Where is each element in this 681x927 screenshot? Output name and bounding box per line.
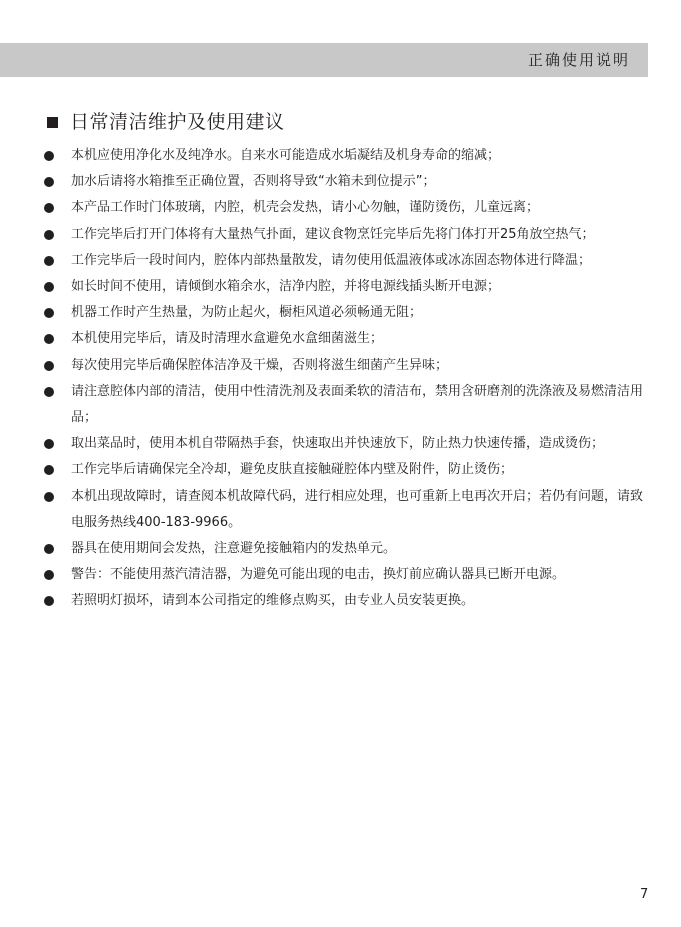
list-item-text: 工作完毕后请确保完全冷却，避免皮肤直接触碰腔体内壁及附件，防止烫伤；	[71, 457, 654, 483]
list-item-text: 本产品工作时门体玻璃，内腔，机壳会发热，请小心勿触，谨防烫伤，儿童远离；	[71, 195, 654, 221]
bullet-icon	[44, 439, 54, 449]
bullet-icon	[44, 334, 54, 344]
page-number: 7	[640, 887, 648, 902]
square-bullet-icon	[47, 117, 58, 128]
list-item-text: 加水后请将水箱推至正确位置，否则将导致“水箱未到位提示”；	[71, 169, 654, 195]
list-item: 每次使用完毕后确保腔体洁净及干燥，否则将滋生细菌产生异味；	[44, 353, 654, 379]
list-item: 本机应使用净化水及纯净水。自来水可能造成水垢凝结及机身寿命的缩减；	[44, 143, 654, 169]
list-item: 请注意腔体内部的清洁，使用中性清洗剂及表面柔软的清洁布，禁用含研磨剂的洗涤液及易…	[44, 379, 654, 431]
section-heading: 日常清洁维护及使用建议	[47, 109, 285, 135]
list-item-text: 若照明灯损坏，请到本公司指定的维修点购买，由专业人员安装更换。	[71, 588, 654, 614]
list-item: 器具在使用期间会发热，注意避免接触箱内的发热单元。	[44, 536, 654, 562]
list-item: 如长时间不使用，请倾倒水箱余水，洁净内腔，并将电源线插头断开电源；	[44, 274, 654, 300]
list-item: 本机使用完毕后，请及时清理水盒避免水盒细菌滋生；	[44, 326, 654, 352]
list-item: 警告：不能使用蒸汽清洁器，为避免可能出现的电击，换灯前应确认器具已断开电源。	[44, 562, 654, 588]
list-item-text: 每次使用完毕后确保腔体洁净及干燥，否则将滋生细菌产生异味；	[71, 353, 654, 379]
list-item: 加水后请将水箱推至正确位置，否则将导致“水箱未到位提示”；	[44, 169, 654, 195]
list-item: 本机出现故障时，请查阅本机故障代码，进行相应处理，也可重新上电再次开启；若仍有问…	[44, 484, 654, 536]
list-item: 本产品工作时门体玻璃，内腔，机壳会发热，请小心勿触，谨防烫伤，儿童远离；	[44, 195, 654, 221]
list-item-text: 本机使用完毕后，请及时清理水盒避免水盒细菌滋生；	[71, 326, 654, 352]
list-item-text: 本机应使用净化水及纯净水。自来水可能造成水垢凝结及机身寿命的缩减；	[71, 143, 654, 169]
bullet-icon	[44, 151, 54, 161]
maintenance-tips-list: 本机应使用净化水及纯净水。自来水可能造成水垢凝结及机身寿命的缩减； 加水后请将水…	[44, 143, 654, 615]
bullet-icon	[44, 544, 54, 554]
bullet-icon	[44, 203, 54, 213]
section-heading-text: 日常清洁维护及使用建议	[70, 109, 285, 135]
bullet-icon	[44, 570, 54, 580]
list-item-text: 机器工作时产生热量，为防止起火，橱柜风道必须畅通无阻；	[71, 300, 654, 326]
list-item: 机器工作时产生热量，为防止起火，橱柜风道必须畅通无阻；	[44, 300, 654, 326]
bullet-icon	[44, 256, 54, 266]
list-item: 取出菜品时，使用本机自带隔热手套，快速取出并快速放下，防止热力快速传播，造成烫伤…	[44, 431, 654, 457]
bullet-icon	[44, 465, 54, 475]
list-item-text: 本机出现故障时，请查阅本机故障代码，进行相应处理，也可重新上电再次开启；若仍有问…	[71, 484, 654, 536]
bullet-icon	[44, 177, 54, 187]
list-item-text: 器具在使用期间会发热，注意避免接触箱内的发热单元。	[71, 536, 654, 562]
bullet-icon	[44, 387, 54, 397]
bullet-icon	[44, 361, 54, 371]
list-item-text: 警告：不能使用蒸汽清洁器，为避免可能出现的电击，换灯前应确认器具已断开电源。	[71, 562, 654, 588]
header-title: 正确使用说明	[528, 50, 630, 70]
list-item-text: 工作完毕后一段时间内，腔体内部热量散发，请勿使用低温液体或冰冻固态物体进行降温；	[71, 248, 654, 274]
bullet-icon	[44, 492, 54, 502]
bullet-icon	[44, 596, 54, 606]
list-item-text: 如长时间不使用，请倾倒水箱余水，洁净内腔，并将电源线插头断开电源；	[71, 274, 654, 300]
list-item-text: 取出菜品时，使用本机自带隔热手套，快速取出并快速放下，防止热力快速传播，造成烫伤…	[71, 431, 654, 457]
list-item: 工作完毕后打开门体将有大量热气扑面，建议食物烹饪完毕后先将门体打开25角放空热气…	[44, 222, 654, 248]
list-item: 工作完毕后请确保完全冷却，避免皮肤直接触碰腔体内壁及附件，防止烫伤；	[44, 457, 654, 483]
list-item: 工作完毕后一段时间内，腔体内部热量散发，请勿使用低温液体或冰冻固态物体进行降温；	[44, 248, 654, 274]
header-bar: 正确使用说明	[0, 43, 648, 77]
list-item: 若照明灯损坏，请到本公司指定的维修点购买，由专业人员安装更换。	[44, 588, 654, 614]
list-item-text: 请注意腔体内部的清洁，使用中性清洗剂及表面柔软的清洁布，禁用含研磨剂的洗涤液及易…	[71, 379, 654, 431]
list-item-text: 工作完毕后打开门体将有大量热气扑面，建议食物烹饪完毕后先将门体打开25角放空热气…	[71, 222, 654, 248]
bullet-icon	[44, 282, 54, 292]
bullet-icon	[44, 230, 54, 240]
bullet-icon	[44, 308, 54, 318]
